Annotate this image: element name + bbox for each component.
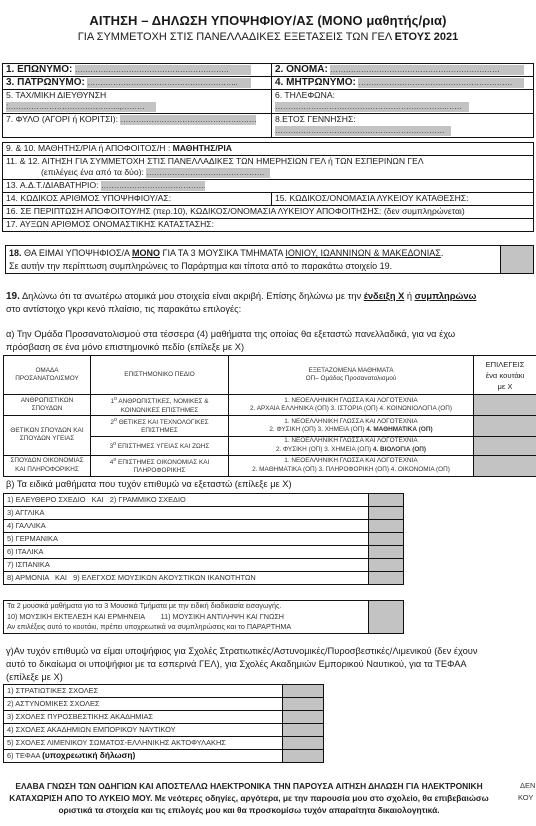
list-item-label: 5) ΓΕΡΜΑΝΙΚΑ [4, 533, 369, 546]
form-title: ΑΙΤΗΣΗ – ΔΗΛΩΣΗ ΥΠΟΨΗΦΙΟΥ/ΑΣ (ΜΟΝΟ μαθητ… [0, 13, 536, 28]
graduate-school-cell: 16. ΣΕ ΠΕΡΙΠΤΩΣΗ ΑΠΟΦΟΙΤΟΥ/ΗΣ (περ.10), … [3, 206, 534, 219]
list-item-label: 5) ΣΧΟΛΕΣ ΛΙΜΕΝΙΚΟΥ ΣΩΜΑΤΟΣ-ΕΛΛΗΝΙΚΗΣ ΑΚ… [4, 737, 283, 750]
orientation-row: ΣΠΟΥΔΩΝ ΟΙΚΟΝΟΜΙΑΣ ΚΑΙ ΠΛΗΡΟΦΟΡΙΚΗΣ 4ο Ε… [4, 455, 536, 476]
father-name-input[interactable]: ………………………………………………….. [87, 78, 251, 88]
field-3: 3ο ΕΠΙΣΤΗΜΕΣ ΥΓΕΙΑΣ ΚΑΙ ΖΩΗΣ [91, 436, 229, 455]
phone-label: 6. ΤΗΛΕΦΩΝΑ: [275, 90, 530, 101]
field-4-checkbox[interactable] [474, 455, 536, 476]
address-input[interactable]: :……………………………………..,……… [6, 102, 156, 112]
list-item: 4) ΣΧΟΛΕΣ ΑΚΑΔΗΜΙΩΝ ΕΜΠΟΡΙΚΟΥ ΝΑΥΤΙΚΟΥ [4, 724, 324, 737]
list-item: 7) ΙΣΠΑΝΙΚΑ [4, 559, 404, 572]
surname-input[interactable]: …………………………………………………… [75, 65, 251, 75]
list-item-label: 2) ΑΣΤΥΝΟΜΙΚΕΣ ΣΧΟΛΕΣ [4, 698, 283, 711]
list-item: 2) ΑΣΤΥΝΟΜΙΚΕΣ ΣΧΟΛΕΣ [4, 698, 324, 711]
field-1-checkbox[interactable] [474, 395, 536, 416]
tefaa-label: 6) ΤΕΦΑΑ (υποχρεωτική δήλωση) [4, 750, 283, 763]
list-item-checkbox[interactable] [369, 572, 404, 585]
music-only-text: 18. ΘΑ ΕΙΜΑΙ ΥΠΟΨΗΦΙΟΣ/Α ΜΟΝΟ ΓΙΑ ΤΑ 3 Μ… [6, 246, 501, 274]
section-b-intro: β) Τα ειδικά μαθήματα που τυχόν επιθυμώ … [6, 478, 292, 491]
field-4: 4ο ΕΠΙΣΤΗΜΕΣ ΟΙΚΟΝΟΜΙΑΣ ΚΑΙ ΠΛΗΡΟΦΟΡΙΚΗΣ [91, 455, 229, 476]
subjects-2: 1. ΝΕΟΕΛΛΗΝΙΚΗ ΓΛΩΣΣΑ ΚΑΙ ΛΟΓΟΤΕΧΝΙΑ2. Φ… [229, 415, 474, 436]
list-item-checkbox[interactable] [283, 711, 324, 724]
list-item: 1) ΕΛΕΥΘΕΡΟ ΣΧΕΔΙΟ ΚΑΙ 2) ΓΡΑΜΜΙΚΟ ΣΧΕΔΙ… [4, 494, 404, 507]
list-item-label: 6) ΙΤΑΛΙΚΑ [4, 546, 369, 559]
list-item-checkbox[interactable] [369, 507, 404, 520]
father-name-cell: 3. ΠΑΤΡΩΝΥΜΟ: ………………………………………………….. [3, 77, 272, 90]
mother-name-input[interactable]: …………………………………………………… [358, 78, 524, 88]
candidate-code-cell: 14. ΚΩΔΙΚΟΣ ΑΡΙΘΜΟΣ ΥΠΟΨΗΦΙΟΥ/ΑΣ: [3, 193, 272, 206]
group-sciences: ΘΕΤΙΚΩΝ ΣΠΟΥΔΩΝ ΚΑΙ ΣΠΟΥΔΩΝ ΥΓΕΙΑΣ [4, 415, 91, 455]
list-item: 6) ΙΤΑΛΙΚΑ [4, 546, 404, 559]
music-subjects-checkbox[interactable] [369, 601, 404, 634]
birthyear-input[interactable]: ………………………………………………………… [275, 126, 451, 136]
music-only-table: 18. ΘΑ ΕΙΜΑΙ ΥΠΟΨΗΦΙΟΣ/Α ΜΟΝΟ ΓΙΑ ΤΑ 3 Μ… [5, 245, 534, 274]
surname-cell: 1. ΕΠΩΝΥΜΟ: …………………………………………………… [3, 64, 272, 77]
header-subjects: ΕΞΕΤΑΖΟΜΕΝΑ ΜΑΘΗΜΑΤΑΟΠ– Ομάδας Προσανατο… [229, 356, 474, 395]
form-subtitle: ΓΙΑ ΣΥΜΜΕΤΟΧΗ ΣΤΙΣ ΠΑΝΕΛΛΑΔΙΚΕΣ ΕΞΕΤΑΣΕΙ… [0, 31, 536, 43]
subjects-1: 1. ΝΕΟΕΛΛΗΝΙΚΗ ΓΛΩΣΣΑ ΚΑΙ ΛΟΓΟΤΕΧΝΙΑ2. Α… [229, 395, 474, 416]
group-economics: ΣΠΟΥΔΩΝ ΟΙΚΟΝΟΜΙΑΣ ΚΑΙ ΠΛΗΡΟΦΟΡΙΚΗΣ [4, 455, 91, 476]
status-label: 9. & 10. ΜΑΘΗΤΗΣ/ΡΙΑ ή ΑΠΟΦΟΙΤΟΣ/Η : [6, 143, 173, 153]
subtitle-year: ΕΤΟΥΣ 2021 [395, 31, 459, 43]
list-item-checkbox[interactable] [369, 520, 404, 533]
birthyear-label: 8.ΕΤΟΣ ΓΕΝΝΗΣΗΣ: [275, 114, 530, 125]
section-a-intro: α) Την Ομάδα Προσανατολισμού στα τέσσερα… [6, 328, 536, 354]
list-item-label: 1) ΕΛΕΥΘΕΡΟ ΣΧΕΔΙΟ ΚΑΙ 2) ΓΡΑΜΜΙΚΟ ΣΧΕΔΙ… [4, 494, 369, 507]
list-item-label: 1) ΣΤΡΑΤΙΩΤΙΚΕΣ ΣΧΟΛΕΣ [4, 685, 283, 698]
school-code-cell: 15. ΚΩΔΙΚΟΣ/ΟΝΟΜΑΣΙΑ ΛΥΚΕΙΟΥ ΚΑΤΑΘΕΣΗΣ: [272, 193, 534, 206]
phone-cell: 6. ΤΗΛΕΦΩΝΑ:………………………………………………………….…… [272, 90, 534, 114]
schools-table: 1) ΣΤΡΑΤΙΩΤΙΚΕΣ ΣΧΟΛΕΣ2) ΑΣΤΥΝΟΜΙΚΕΣ ΣΧΟ… [3, 684, 324, 763]
field-2-checkbox[interactable] [474, 415, 536, 436]
school-code-label: 15. ΚΩΔΙΚΟΣ/ΟΝΟΜΑΣΙΑ ΛΥΚΕΙΟΥ ΚΑΤΑΘΕΣΗΣ: [275, 193, 469, 203]
phone-input[interactable]: ………………………………………………………….…… [275, 102, 469, 112]
list-item-checkbox[interactable] [369, 559, 404, 572]
list-item: 6) ΤΕΦΑΑ (υποχρεωτική δήλωση) [4, 750, 324, 763]
orientation-row: ΑΝΘΡΩΠΙΣΤΙΚΩΝ ΣΠΟΥΔΩΝ 1ο ΑΝΘΡΩΠΙΣΤΙΚΕΣ, … [4, 395, 536, 416]
cutoff-text-1: ΔΕΝ [520, 781, 535, 790]
status-cell: 9. & 10. ΜΑΘΗΤΗΣ/ΡΙΑ ή ΑΠΟΦΟΙΤΟΣ/Η : ΜΑΘ… [3, 143, 534, 156]
id-card-cell: 13. Α.Δ.Τ./ΔΙΑΒΑΤΗΡΙΟ: …………………………………… [3, 180, 534, 193]
list-item: 3) ΑΓΓΛΙΚΑ [4, 507, 404, 520]
field-1: 1ο ΑΝΘΡΩΠΙΣΤΙΚΕΣ, ΝΟΜΙΚΕΣ & ΚΟΙΝΩΝΙΚΕΣ Ε… [91, 395, 229, 416]
list-item: 5) ΣΧΟΛΕΣ ΛΙΜΕΝΙΚΟΥ ΣΩΜΑΤΟΣ-ΕΛΛΗΝΙΚΗΣ ΑΚ… [4, 737, 324, 750]
address-label: 5. ΤΑΧ/ΜΙΚΗ ΔΙΕΥΘΥΝΣΗ [6, 90, 268, 101]
list-item: 5) ΓΕΡΜΑΝΙΚΑ [4, 533, 404, 546]
list-item-checkbox[interactable] [283, 737, 324, 750]
subtitle-text: ΓΙΑ ΣΥΜΜΕΤΟΧΗ ΣΤΙΣ ΠΑΝΕΛΛΑΔΙΚΕΣ ΕΞΕΤΑΣΕΙ… [78, 31, 395, 43]
list-item-label: 4) ΓΑΛΛΙΚΑ [4, 520, 369, 533]
orientation-row: ΘΕΤΙΚΩΝ ΣΠΟΥΔΩΝ ΚΑΙ ΣΠΟΥΔΩΝ ΥΓΕΙΑΣ 2ο ΘΕ… [4, 415, 536, 436]
name-cell: 2. ΟΝΟΜΑ: ………………………………………………………… [272, 64, 534, 77]
name-input[interactable]: ………………………………………………………… [330, 65, 524, 75]
list-item-label: 8) ΑΡΜΟΝΙΑ ΚΑΙ 9) ΕΛΕΓΧΟΣ ΜΟΥΣΙΚΩΝ ΑΚΟΥΣ… [4, 572, 369, 585]
orientation-group-table: ΟΜΑΔΑ ΠΡΟΣΑΝΑΤΟΛΙΣΜΟΥ ΕΠΙΣΤΗΜΟΝΙΚΟ ΠΕΔΙΟ… [3, 355, 536, 477]
gender-input[interactable]: ……………………………………………….. [120, 115, 256, 125]
gender-cell: 7. ΦΥΛΟ (ΑΓΟΡΙ ή ΚΟΡΙΤΣΙ): …………………………………… [3, 114, 272, 138]
header-group: ΟΜΑΔΑ ΠΡΟΣΑΝΑΤΟΛΙΣΜΟΥ [4, 356, 91, 395]
application-type-label: 11. & 12. ΑΙΤΗΣΗ ΓΙΑ ΣΥΜΜΕΤΟΧΗ ΣΤΙΣ ΠΑΝΕ… [6, 156, 530, 167]
list-item: 1) ΣΤΡΑΤΙΩΤΙΚΕΣ ΣΧΟΛΕΣ [4, 685, 324, 698]
music-subjects-table: Τα 2 μουσικά μαθήματα για τα 3 Μουσικά Τ… [3, 600, 404, 634]
candidate-code-label: 14. ΚΩΔΙΚΟΣ ΑΡΙΘΜΟΣ ΥΠΟΨΗΦΙΟΥ/ΑΣ: [6, 193, 171, 203]
list-item-label: 3) ΣΧΟΛΕΣ ΠΥΡΟΣΒΕΣΤΙΚΗΣ ΑΚΑΔΗΜΙΑΣ [4, 711, 283, 724]
application-type-cell: 11. & 12. ΑΙΤΗΣΗ ΓΙΑ ΣΥΜΜΕΤΟΧΗ ΣΤΙΣ ΠΑΝΕ… [3, 156, 534, 180]
music-only-checkbox[interactable] [501, 246, 534, 274]
music-subjects-text: Τα 2 μουσικά μαθήματα για τα 3 Μουσικά Τ… [4, 601, 369, 634]
list-item-checkbox[interactable] [283, 685, 324, 698]
list-item-label: 3) ΑΓΓΛΙΚΑ [4, 507, 369, 520]
subjects-3: 1. ΝΕΟΕΛΛΗΝΙΚΗ ΓΛΩΣΣΑ ΚΑΙ ΛΟΓΟΤΕΧΝΙΑ2. Φ… [229, 436, 474, 455]
list-item: 4) ΓΑΛΛΙΚΑ [4, 520, 404, 533]
subjects-4: 1. ΝΕΟΕΛΛΗΝΙΚΗ ΓΛΩΣΣΑ ΚΑΙ ΛΟΓΟΤΕΧΝΙΑ2. Μ… [229, 455, 474, 476]
roll-number-cell: 17. ΑΥΞΩΝ ΑΡΙΘΜΟΣ ΟΝΟΜΑΣΤΙΚΗΣ ΚΑΤΑΣΤΑΣΗΣ… [3, 219, 534, 232]
field-2: 2ο ΘΕΤΙΚΕΣ ΚΑΙ ΤΕΧΝΟΛΟΓΙΚΕΣ ΕΠΙΣΤΗΜΕΣ [91, 415, 229, 436]
section-c-intro: γ)Αν τυχόν επιθυμώ να είμαι υποψήφιος γι… [6, 645, 536, 684]
list-item-checkbox[interactable] [283, 724, 324, 737]
declaration-text: 19. Δηλώνω ότι τα ανωτέρω ατομικά μου στ… [6, 290, 536, 316]
application-info-table: 9. & 10. ΜΑΘΗΤΗΣ/ΡΙΑ ή ΑΠΟΦΟΙΤΟΣ/Η : ΜΑΘ… [2, 142, 534, 232]
personal-info-table: 1. ΕΠΩΝΥΜΟ: …………………………………………………… 2. ΟΝΟΜ… [2, 63, 534, 138]
graduate-school-label: 16. ΣΕ ΠΕΡΙΠΤΩΣΗ ΑΠΟΦΟΙΤΟΥ/ΗΣ (περ.10), … [6, 206, 465, 216]
list-item-checkbox[interactable] [369, 494, 404, 507]
special-subjects-table: 1) ΕΛΕΥΘΕΡΟ ΣΧΕΔΙΟ ΚΑΙ 2) ΓΡΑΜΜΙΚΟ ΣΧΕΔΙ… [3, 493, 404, 585]
status-value: ΜΑΘΗΤΗΣ/ΡΙΑ [173, 143, 232, 153]
footer-declaration: ΕΛΑΒΑ ΓΝΩΣΗ ΤΩΝ ΟΔΗΓΙΩΝ ΚΑΙ ΑΠΟΣΤΕΛΛΩ ΗΛ… [0, 780, 498, 816]
field-3-checkbox[interactable] [474, 436, 536, 455]
id-card-input[interactable]: …………………………………… [101, 181, 205, 191]
tefaa-checkbox[interactable] [283, 750, 324, 763]
header-field: ΕΠΙΣΤΗΜΟΝΙΚΟ ΠΕΔΙΟ [91, 356, 229, 395]
id-card-label: 13. Α.Δ.Τ./ΔΙΑΒΑΤΗΡΙΟ: [6, 180, 99, 190]
list-item: 3) ΣΧΟΛΕΣ ΠΥΡΟΣΒΕΣΤΙΚΗΣ ΑΚΑΔΗΜΙΑΣ [4, 711, 324, 724]
address-cell: 5. ΤΑΧ/ΜΙΚΗ ΔΙΕΥΘΥΝΣΗ:……………………………………..,…… [3, 90, 272, 114]
list-item-checkbox[interactable] [369, 546, 404, 559]
gender-label: 7. ΦΥΛΟ (ΑΓΟΡΙ ή ΚΟΡΙΤΣΙ): [6, 114, 118, 124]
list-item: 8) ΑΡΜΟΝΙΑ ΚΑΙ 9) ΕΛΕΓΧΟΣ ΜΟΥΣΙΚΩΝ ΑΚΟΥΣ… [4, 572, 404, 585]
cutoff-text-2: ΚΟΥ [518, 793, 533, 802]
application-type-input[interactable]: ………………………………………. [146, 168, 270, 178]
group-humanities: ΑΝΘΡΩΠΙΣΤΙΚΩΝ ΣΠΟΥΔΩΝ [4, 395, 91, 416]
roll-number-label: 17. ΑΥΞΩΝ ΑΡΙΘΜΟΣ ΟΝΟΜΑΣΤΙΚΗΣ ΚΑΤΑΣΤΑΣΗΣ… [6, 219, 214, 229]
list-item-checkbox[interactable] [369, 533, 404, 546]
header-select: ΕΠΙΛΕΓΕΙΣένα κουτάκιμε Χ [474, 356, 536, 395]
list-item-checkbox[interactable] [283, 698, 324, 711]
list-item-label: 4) ΣΧΟΛΕΣ ΑΚΑΔΗΜΙΩΝ ΕΜΠΟΡΙΚΟΥ ΝΑΥΤΙΚΟΥ [4, 724, 283, 737]
application-type-hint: (επιλέγεις ένα από τα δύο): [41, 167, 144, 177]
list-item-label: 7) ΙΣΠΑΝΙΚΑ [4, 559, 369, 572]
mother-name-cell: 4. ΜΗΤΡΩΝΥΜΟ: …………………………………………………… [272, 77, 534, 90]
birthyear-cell: 8.ΕΤΟΣ ΓΕΝΝΗΣΗΣ:………………………………………………………… [272, 114, 534, 138]
